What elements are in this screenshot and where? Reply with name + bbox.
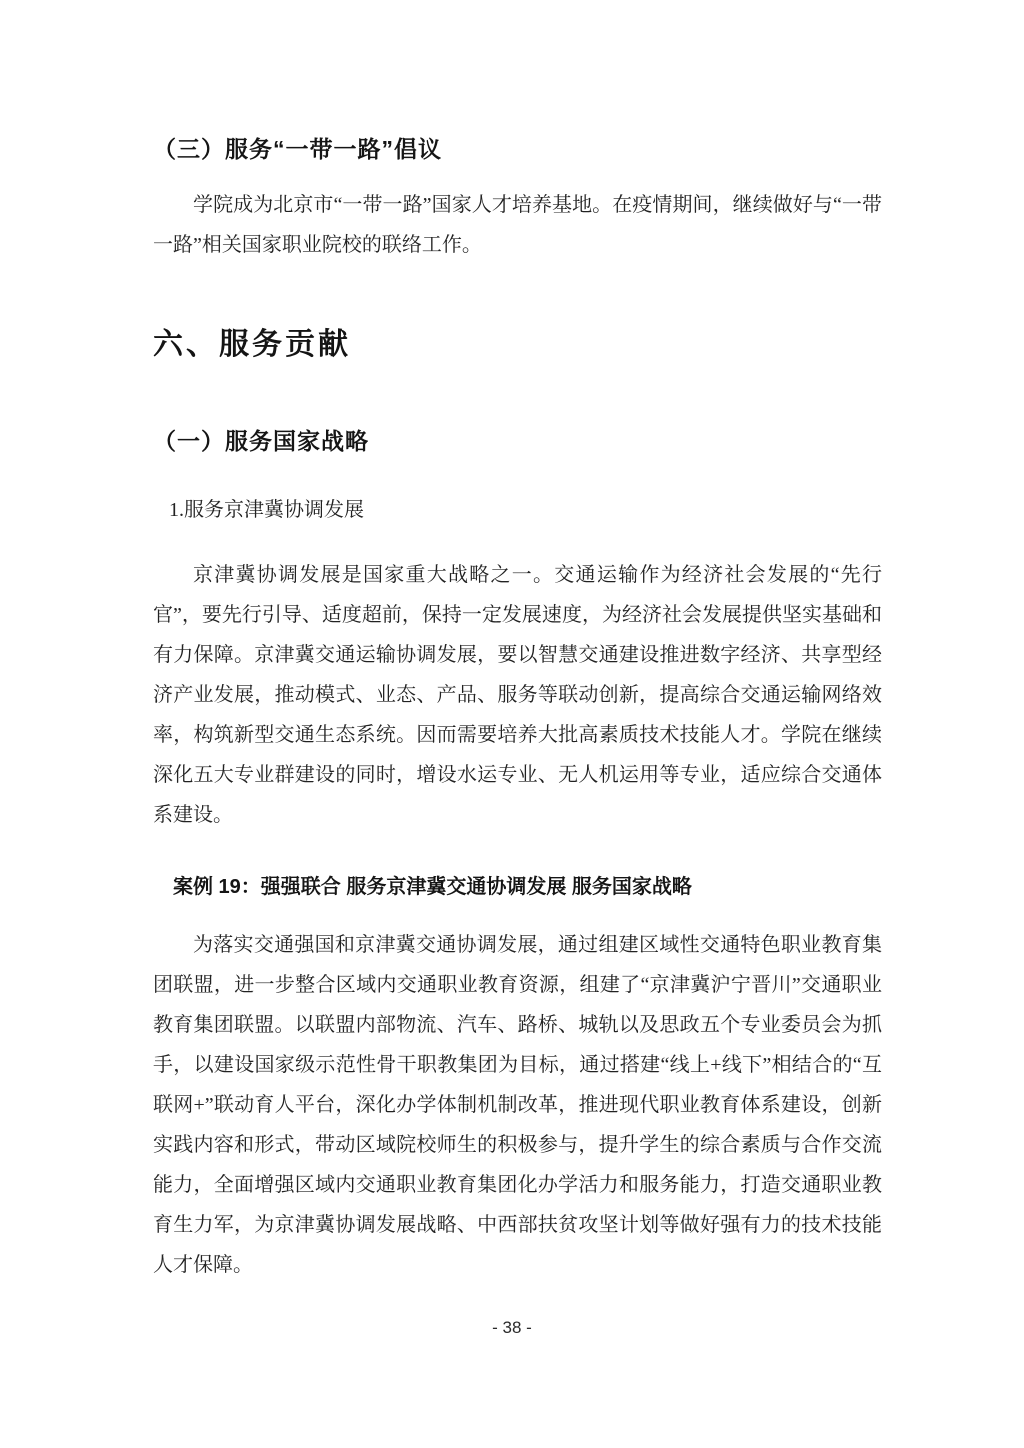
heading-section-one-national-strategy: （一）服务国家战略 [153,425,882,457]
heading-chapter-six-service-contribution: 六、服务贡献 [153,323,882,367]
heading-case-19: 案例 19：强强联合 服务京津冀交通协调发展 服务国家战略 [153,873,882,901]
document-page: （三）服务“一带一路”倡议 学院成为北京市“一带一路”国家人才培养基地。在疫情期… [0,0,1024,1448]
paragraph-jingjinji-strategy: 京津冀协调发展是国家重大战略之一。交通运输作为经济社会发展的“先行官”，要先行引… [153,555,882,835]
paragraph-belt-road: 学院成为北京市“一带一路”国家人才培养基地。在疫情期间，继续做好与“一带一路”相… [153,185,882,265]
heading-section-three-belt-road: （三）服务“一带一路”倡议 [153,133,882,165]
subheading-jingjinji-development: 1.服务京津冀协调发展 [153,496,882,524]
page-number: - 38 - [0,1318,1024,1338]
paragraph-case-19-detail: 为落实交通强国和京津冀交通协调发展，通过组建区域性交通特色职业教育集团联盟，进一… [153,925,882,1285]
